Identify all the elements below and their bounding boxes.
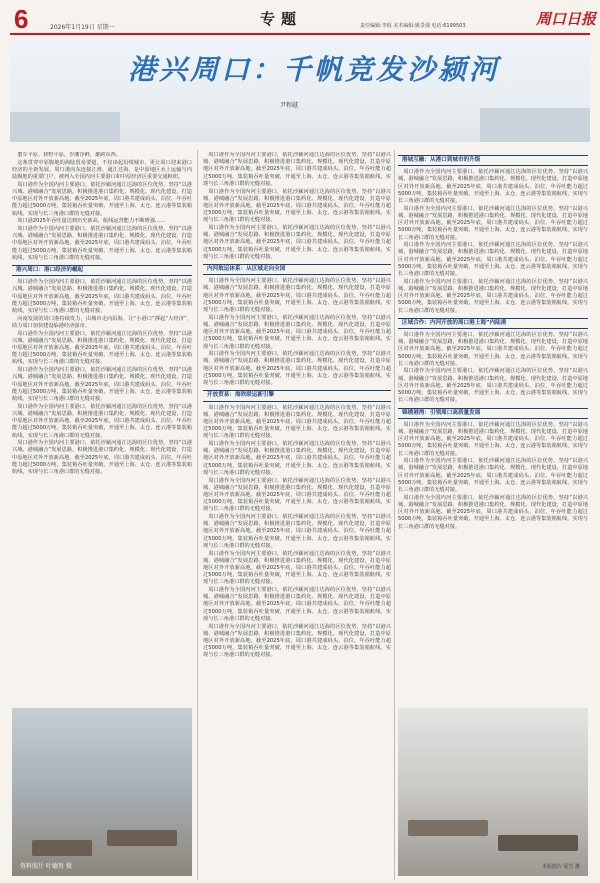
ship-shape — [408, 820, 488, 836]
subheading: 港城互融：从港口到城市的升级 — [398, 155, 588, 166]
paragraph: 周口港作为全国内河主要港口，依托沙颍河通江达海的区位优势，坚持“以港兴城、港城融… — [12, 404, 192, 440]
photo-caption: 本版图片 夏雪 摄 — [542, 863, 580, 870]
paragraph: 周口港作为全国内河主要港口，依托沙颍河通江达海的区位优势，坚持“以港兴城、港城融… — [12, 182, 192, 218]
column-3: 港城互融：从港口到城市的升级 周口港作为全国内河主要港口，依托沙颍河通江达海的区… — [398, 152, 588, 704]
subheading: 开放贸易：海铁联运新引擎 — [203, 390, 391, 401]
article-title: 港兴周口：千帆竞发沙颍河 — [128, 48, 548, 88]
paragraph: 周口港作为全国内河主要港口，依托沙颍河通江达海的区位优势，坚持“以港兴城、港城融… — [203, 189, 391, 225]
subheading: 区域合作：内河开放的周口港上海”内陆港 — [398, 318, 588, 329]
skyline-right — [480, 108, 590, 142]
column-2: 周口港作为全国内河主要港口，依托沙颍河通江达海的区位优势，坚持“以港兴城、港城融… — [203, 152, 391, 880]
paragraph: 周口港作为全国内河主要港口，依托沙颍河通江达海的区位优势，坚持“以港兴城、港城融… — [398, 169, 588, 205]
title-banner: 港兴周口：千帆竞发沙颍河 尹程越 — [10, 38, 590, 142]
header-rule — [10, 33, 590, 35]
paragraph: 向南发展的周口港持续发力，由城市走向沿海，让“小港口”撑起“大经济”，助力周口加… — [12, 316, 192, 330]
paragraph: 周口港作为全国内河主要港口，依托沙颍河通江达海的区位优势，坚持“以港兴城、港城融… — [12, 226, 192, 262]
ship-shape — [32, 840, 92, 856]
paragraph: 周口港作为全国内河主要港口，依托沙颍河通江达海的区位优势，坚持“以港兴城、港城融… — [203, 514, 391, 550]
paragraph: 周口港作为全国内河主要港口，依托沙颍河通江达海的区位优势，坚持“以港兴城、港城融… — [12, 367, 192, 403]
paragraph: 周口港作为全国内河主要港口，依托沙颍河通江达海的区位优势，坚持“以港兴城、港城融… — [398, 458, 588, 494]
page-header: 6 2026年1月19日 星期一 专题 责任编辑:李琨 美术编辑:姚景强 电话:… — [0, 0, 600, 36]
subheading: 锦绣港湾：引领周口高质量发展 — [398, 408, 588, 419]
paragraph: 周口港作为全国内河主要港口，依托沙颍河通江达海的区位优势，坚持“以港兴城、港城融… — [12, 331, 192, 367]
paragraph: 周口港作为全国内河主要港口，依托沙颍河通江达海的区位优势，坚持“以港兴城、港城融… — [398, 279, 588, 315]
paragraph: 周口港作为全国内河主要港口，依托沙颍河通江达海的区位优势，坚持“以港兴城、港城融… — [398, 332, 588, 368]
issue-date: 2026年1月19日 星期一 — [50, 22, 115, 31]
subheading: 港兴周口：港口经济的崛起 — [12, 265, 192, 276]
paragraph: 周口港作为全国内河主要港口，依托沙颍河通江达海的区位优势，坚持“以港兴城、港城融… — [203, 225, 391, 261]
ship-shape — [498, 835, 578, 851]
paragraph: 周口港作为全国内河主要港口，依托沙颍河通江达海的区位优势，坚持“以港兴城、港城融… — [398, 206, 588, 242]
paragraph: 周口港2025年吞吐量达到历史新高，航线运营能力不断增强…… — [12, 218, 192, 225]
paragraph: 周口港作为全国内河主要港口，依托沙颍河通江达海的区位优势，坚持“以港兴城、港城融… — [203, 624, 391, 660]
paragraph: 周口港作为全国内河主要港口，依托沙颍河通江达海的区位优势，坚持“以港兴城、港城融… — [398, 422, 588, 458]
skyline-left — [10, 112, 120, 142]
newspaper-logo: 周口日报 — [536, 8, 596, 29]
editor-credits: 责任编辑:李琨 美术编辑:姚景强 电话:6199503 — [360, 22, 466, 29]
paragraph: 周口港作为全国内河主要港口，依托沙颍河通江达海的区位优势，坚持“以港兴城、港城融… — [203, 551, 391, 587]
article-byline: 尹程越 — [280, 100, 298, 109]
paragraph: 这条贯穿中原腹地的海陆贸易要道，不仅串起沿线城市，更让周口迎来港口经济的全新发展… — [12, 160, 192, 182]
paragraph: 董车平原、挟野平原，岁潮浮鲜，雄跨东西。 — [12, 152, 192, 159]
paragraph: 周口港作为全国内河主要港口，依托沙颍河通江达海的区位优势，坚持“以港兴城、港城融… — [398, 242, 588, 278]
paragraph: 周口港作为全国内河主要港口，依托沙颍河通江达海的区位优势，坚持“以港兴城、港城融… — [12, 279, 192, 315]
column-1: 董车平原、挟野平原，岁潮浮鲜，雄跨东西。 这条贯穿中原腹地的海陆贸易要道，不仅串… — [12, 152, 192, 705]
section-title: 专题 — [260, 8, 302, 29]
paragraph: 周口港作为全国内河主要港口，依托沙颍河通江达海的区位优势，坚持“以港兴城、港城融… — [203, 405, 391, 441]
ship-shape — [107, 830, 177, 846]
paragraph: 周口港作为全国内河主要港口，依托沙颍河通江达海的区位优势，坚持“以港兴城、港城融… — [398, 368, 588, 404]
paragraph: 周口港作为全国内河主要港口，依托沙颍河通江达海的区位优势，坚持“以港兴城、港城融… — [203, 152, 391, 188]
photo-port-left: 资料照片 叶德男 摄 — [12, 708, 192, 876]
paragraph: 周口港作为全国内河主要港口，依托沙颍河通江达海的区位优势，坚持“以港兴城、港城融… — [203, 478, 391, 514]
paragraph: 周口港作为全国内河主要港口，依托沙颍河通江达海的区位优势，坚持“以港兴城、港城融… — [203, 587, 391, 623]
paragraph: 周口港作为全国内河主要港口，依托沙颍河通江达海的区位优势，坚持“以港兴城、港城融… — [203, 278, 391, 314]
newspaper-page: 6 2026年1月19日 星期一 专题 责任编辑:李琨 美术编辑:姚景强 电话:… — [0, 0, 600, 883]
page-number: 6 — [14, 4, 28, 35]
column-divider — [394, 150, 395, 880]
paragraph: 周口港作为全国内河主要港口，依托沙颍河通江达海的区位优势，坚持“以港兴城、港城融… — [203, 315, 391, 351]
subheading: 内河航运体系：从区域走向全国 — [203, 264, 391, 275]
paragraph: 周口港作为全国内河主要港口，依托沙颍河通江达海的区位优势，坚持“以港兴城、港城融… — [203, 441, 391, 477]
photo-caption: 资料照片 叶德男 摄 — [20, 861, 72, 870]
paragraph: 周口港作为全国内河主要港口，依托沙颍河通江达海的区位优势，坚持“以港兴城、港城融… — [398, 495, 588, 531]
paragraph: 周口港作为全国内河主要港口，依托沙颍河通江达海的区位优势，坚持“以港兴城、港城融… — [203, 351, 391, 387]
paragraph: 周口港作为全国内河主要港口，依托沙颍河通江达海的区位优势，坚持“以港兴城、港城融… — [12, 440, 192, 476]
column-divider — [197, 150, 198, 880]
photo-port-right: 本版图片 夏雪 摄 — [398, 708, 588, 876]
